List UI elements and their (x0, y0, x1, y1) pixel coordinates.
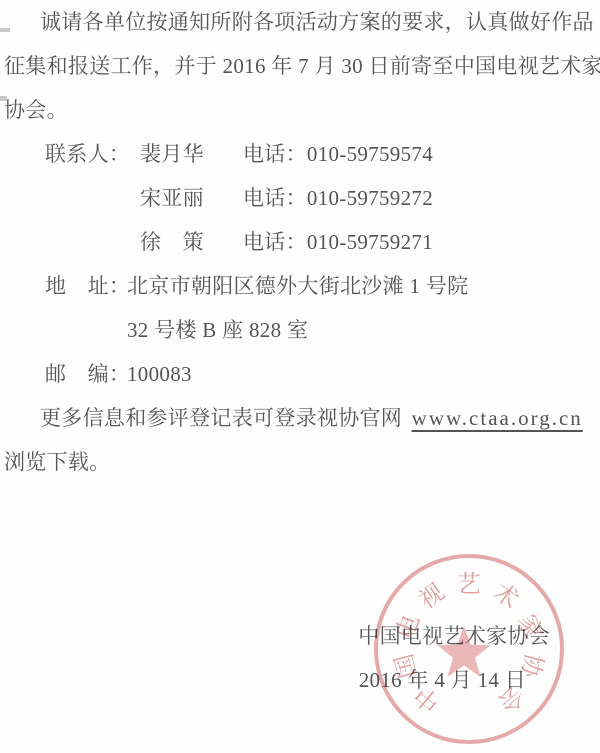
vertical-spacer (0, 484, 600, 614)
contact-phone: 010-59759574 (307, 142, 433, 166)
phone-label: 电话： (243, 186, 307, 210)
address-line-1: 北京市朝阳区德外大街北沙滩 1 号院 (127, 274, 468, 298)
signature-block: 中国电视艺术家协会 2016 年 4 月 14 日 (0, 614, 600, 702)
intro-paragraph: 诚请各单位按通知所附各项活动方案的要求，认真做好作品 征集和报送工作，并于 20… (0, 0, 600, 132)
intro-line-2: 征集和报送工作，并于 2016 年 7 月 30 日前寄至中国电视艺术家 (0, 44, 600, 88)
scan-artifact (0, 96, 7, 101)
contacts-label: 联系人： (45, 132, 140, 176)
website-prefix: 更多信息和参评登记表可登录视协官网 (40, 406, 408, 430)
postal-label: 邮 编： (45, 352, 127, 396)
contact-name: 宋亚丽 (140, 176, 243, 220)
address-line-2: 32 号楼 B 座 828 室 (127, 318, 308, 342)
phone-label: 电话： (243, 230, 307, 254)
intro-line-1: 诚请各单位按通知所附各项活动方案的要求，认真做好作品 (0, 0, 600, 44)
postal-row: 邮 编：100083 (0, 352, 600, 396)
phone-label: 电话： (243, 142, 307, 166)
intro-line-3: 协会。 (0, 88, 600, 132)
contact-phone: 010-59759271 (307, 230, 433, 254)
contact-name: 裴月华 (140, 132, 243, 176)
address-label: 地 址： (45, 264, 127, 308)
scan-artifact (0, 28, 10, 32)
scanned-letter-page: 诚请各单位按通知所附各项活动方案的要求，认真做好作品 征集和报送工作，并于 20… (0, 0, 600, 753)
website-line-2: 浏览下载。 (0, 440, 600, 484)
signature-org: 中国电视艺术家协会 (0, 614, 600, 658)
website-line-1: 更多信息和参评登记表可登录视协官网 www.ctaa.org.cn (0, 396, 600, 440)
contact-name: 徐 策 (140, 220, 243, 264)
contact-phone: 010-59759272 (307, 186, 433, 210)
contact-row: 联系人：裴月华电话：010-59759574 (0, 132, 600, 176)
postal-code: 100083 (127, 362, 192, 386)
contacts-block: 联系人：裴月华电话：010-59759574 宋亚丽电话：010-5975927… (0, 132, 600, 264)
website-paragraph: 更多信息和参评登记表可登录视协官网 www.ctaa.org.cn 浏览下载。 (0, 396, 600, 484)
website-url: www.ctaa.org.cn (412, 406, 583, 430)
address-block: 地 址：北京市朝阳区德外大街北沙滩 1 号院 32 号楼 B 座 828 室 邮… (0, 264, 600, 396)
address-row: 地 址：北京市朝阳区德外大街北沙滩 1 号院 (0, 264, 600, 308)
address-row: 32 号楼 B 座 828 室 (0, 308, 600, 352)
contact-row: 宋亚丽电话：010-59759272 (0, 176, 600, 220)
signature-date: 2016 年 4 月 14 日 (0, 658, 600, 702)
contact-row: 徐 策电话：010-59759271 (0, 220, 600, 264)
